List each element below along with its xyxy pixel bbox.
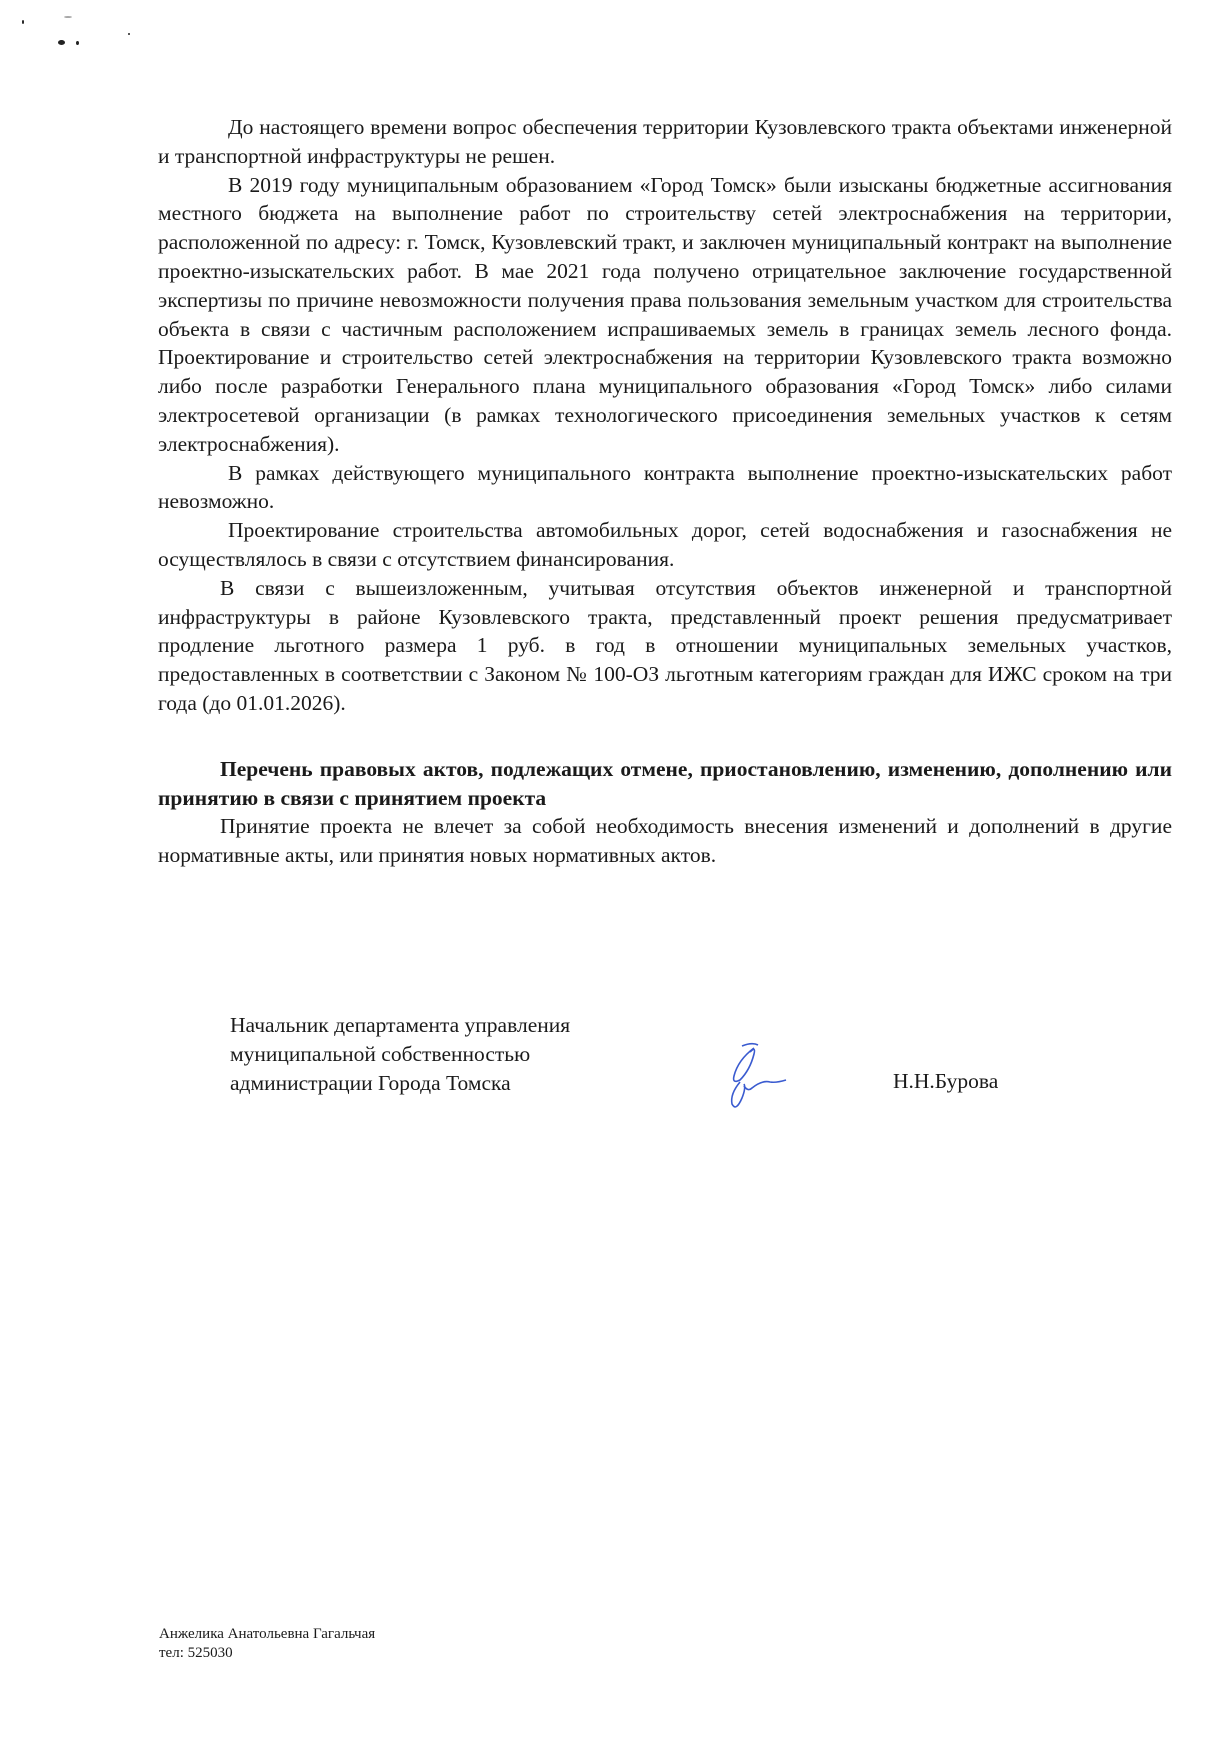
paragraph: В связи с вышеизложенным, учитывая отсут… <box>158 574 1172 718</box>
section-heading: Перечень правовых актов, подлежащих отме… <box>158 755 1172 813</box>
position-line: администрации Города Томска <box>230 1069 570 1098</box>
position-line: Начальник департамента управления <box>230 1011 570 1040</box>
paragraph: В рамках действующего муниципального кон… <box>158 459 1172 517</box>
executor-info: Анжелика Анатольевна Гагальчая тел: 5250… <box>159 1625 375 1663</box>
paragraph: Проектирование строительства автомобильн… <box>158 516 1172 574</box>
executor-name: Анжелика Анатольевна Гагальчая <box>159 1625 375 1644</box>
paragraph: В 2019 году муниципальным образованием «… <box>158 171 1172 459</box>
paragraph: До настоящего времени вопрос обеспечения… <box>158 113 1172 171</box>
scan-speck <box>76 41 79 45</box>
executor-phone: тел: 525030 <box>159 1644 375 1663</box>
section-paragraph: Принятие проекта не влечет за собой необ… <box>158 812 1172 870</box>
handwritten-signature-icon <box>718 1040 818 1120</box>
signer-name: Н.Н.Бурова <box>893 1069 998 1094</box>
position-line: муниципальной собственностью <box>230 1040 570 1069</box>
scan-speck <box>58 40 65 45</box>
scan-speck <box>64 16 72 18</box>
document-body: До настоящего времени вопрос обеспечения… <box>158 113 1172 870</box>
scan-speck <box>128 33 130 35</box>
document-page: До настоящего времени вопрос обеспечения… <box>0 0 1231 1760</box>
signer-position: Начальник департамента управления муници… <box>230 1011 570 1098</box>
scan-speck <box>22 20 24 24</box>
